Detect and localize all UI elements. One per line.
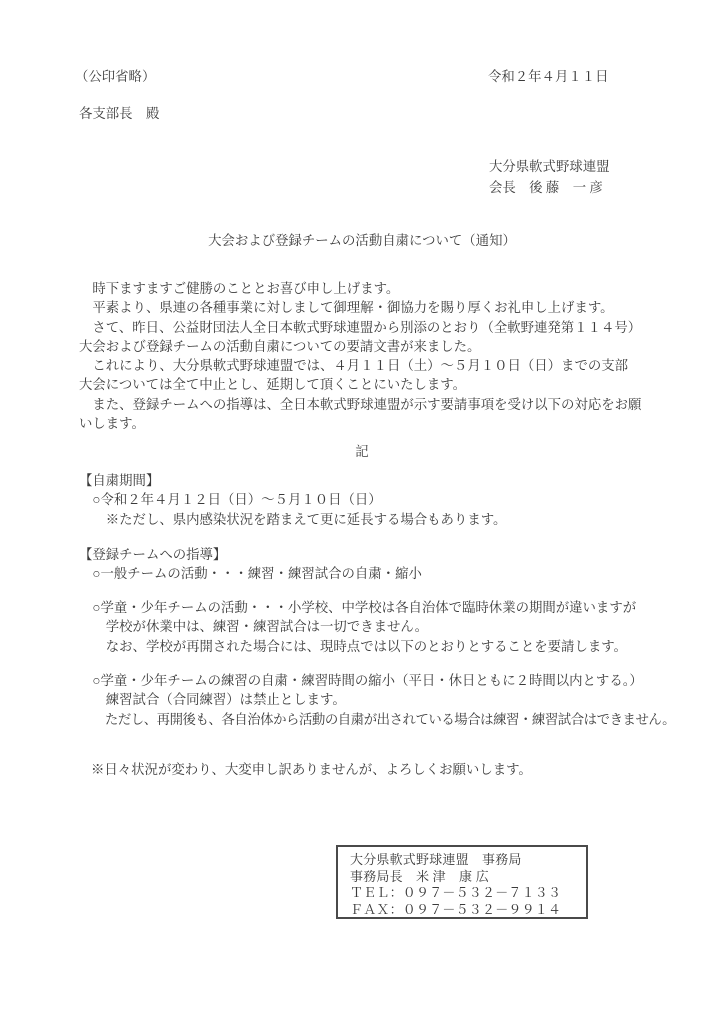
body-line: 平素より、県連の各種事業に対しまして御理解・御協力を賜り厚くお礼申し上げます。	[79, 298, 641, 317]
contact-line-tel: ＴＥＬ：０９７－５３２－７１３３	[350, 885, 586, 902]
section-shidou-bullet3: ○学童・少年チームの練習の自粛・練習時間の縮小（平日・休日ともに２時間以内とする…	[79, 671, 675, 729]
section-line: なお、学校が再開された場合には、現時点では以下のとおりとすることを要請します。	[79, 637, 636, 656]
body-line: 時下ますますご健勝のこととお喜び申し上げます。	[79, 279, 641, 298]
section-shidou-bullet2: ○学童・少年チームの活動・・・小学校、中学校は各自治体で臨時休業の期間が違います…	[79, 598, 636, 656]
section-line: ただし、再開後も、各自治体から活動の自粛が出されている場合は練習・練習試合はでき…	[79, 710, 675, 729]
body-line: いします。	[79, 414, 641, 433]
section-shidou: 【登録チームへの指導】 ○一般チームの活動・・・練習・練習試合の自粛・縮小	[79, 545, 422, 584]
section-line: ○学童・少年チームの練習の自粛・練習時間の縮小（平日・休日ともに２時間以内とする…	[79, 671, 675, 690]
body-line: さて、昨日、公益財団法人全日本軟式野球連盟から別添のとおり（全軟野連発第１１４号…	[79, 318, 641, 337]
contact-box: 大分県軟式野球連盟 事務局 事務局長 米 津 康 広 ＴＥＬ：０９７－５３２－７…	[336, 845, 588, 919]
document-date: 令和２年４月１１日	[488, 66, 609, 85]
section-heading: 【自粛期間】	[79, 471, 506, 490]
contact-line-org: 大分県軟式野球連盟 事務局	[350, 852, 586, 869]
section-line: 学校が休業中は、練習・練習試合は一切できません。	[79, 617, 636, 636]
document-title: 大会および登録チームの活動自粛について（通知）	[0, 230, 724, 249]
notice-footnote: ※日々状況が変わり、大変申し訳ありませんが、よろしくお願いします。	[91, 759, 532, 778]
ki-marker: 記	[0, 441, 724, 460]
seal-omitted-note: （公印省略）	[75, 66, 155, 85]
section-line: ○一般チームの活動・・・練習・練習試合の自粛・縮小	[79, 564, 422, 583]
sender-organization: 大分県軟式野球連盟	[489, 156, 610, 177]
section-jishuku-kikan: 【自粛期間】 ○令和２年４月１２日（日）～５月１０日（日） ※ただし、県内感染状…	[79, 471, 506, 529]
body-line: また、登録チームへの指導は、全日本軟式野球連盟が示す要請事項を受け以下の対応をお…	[79, 395, 641, 414]
sender-name: 会長 後 藤 一 彦	[489, 177, 610, 198]
contact-line-fax: ＦＡＸ：０９７－５３２－９９１４	[350, 902, 586, 919]
body-line: これにより、大分県軟式野球連盟では、４月１１日（土）～５月１０日（日）までの支部	[79, 356, 641, 375]
body-paragraphs: 時下ますますご健勝のこととお喜び申し上げます。 平素より、県連の各種事業に対しま…	[79, 279, 641, 433]
body-line: 大会および登録チームの活動自粛についての要請文書が来ました。	[79, 337, 641, 356]
scanned-letter-page: （公印省略） 令和２年４月１１日 各支部長 殿 大分県軟式野球連盟 会長 後 藤…	[0, 0, 724, 1024]
section-line: ○学童・少年チームの活動・・・小学校、中学校は各自治体で臨時休業の期間が違います…	[79, 598, 636, 617]
section-line: ○令和２年４月１２日（日）～５月１０日（日）	[79, 490, 506, 509]
section-heading: 【登録チームへの指導】	[79, 545, 422, 564]
contact-line-chief: 事務局長 米 津 康 広	[350, 869, 586, 886]
body-line: 大会については全て中止とし、延期して頂くことにいたします。	[79, 375, 641, 394]
sender-block: 大分県軟式野球連盟 会長 後 藤 一 彦	[489, 156, 610, 198]
section-line: 練習試合（合同練習）は禁止とします。	[79, 690, 675, 709]
section-line: ※ただし、県内感染状況を踏まえて更に延長する場合もあります。	[79, 510, 506, 529]
recipient: 各支部長 殿	[79, 103, 159, 122]
